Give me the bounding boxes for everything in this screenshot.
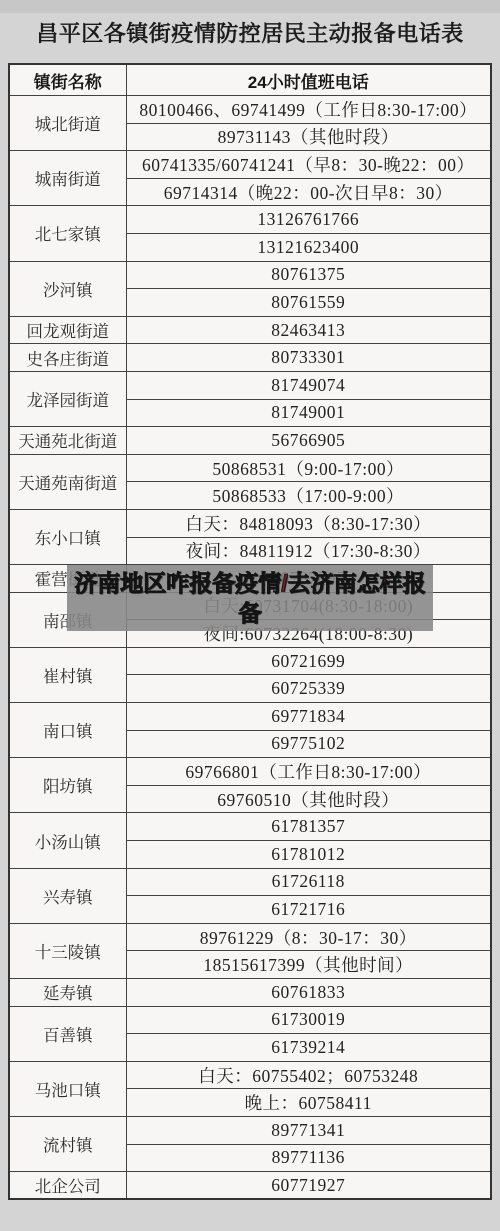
table-row: 北七家镇13126761766 [9, 206, 491, 234]
table-row: 马池口镇白天：60755402；60753248 [9, 1061, 491, 1089]
phone-number-cell: 82463413 [126, 316, 491, 344]
table-row: 阳坊镇69766801（工作日8:30-17:00） [9, 758, 491, 786]
town-name-cell: 天通苑北街道 [9, 427, 126, 455]
town-name-cell: 流村镇 [9, 1116, 126, 1171]
table-row: 延寿镇60761833 [9, 979, 491, 1007]
watermark-overlay-band: 济南地区咋报备疫情/去济南怎样报 备 [67, 565, 433, 631]
phone-number-cell: 89771136 [126, 1144, 491, 1172]
column-header-24h-phone: 24小时值班电话 [126, 64, 491, 96]
town-name-cell: 延寿镇 [9, 979, 126, 1007]
phone-number-cell: 60761833 [126, 979, 491, 1007]
town-name-cell: 十三陵镇 [9, 923, 126, 978]
phone-number-cell: 13126761766 [126, 206, 491, 234]
phone-report-table: 镇街名称 24小时值班电话 城北街道80100466、69741499（工作日8… [8, 63, 492, 1200]
phone-number-cell: 56766905 [126, 427, 491, 455]
phone-number-cell: 80100466、69741499（工作日8:30-17:00） [126, 96, 491, 124]
table-row: 城南街道60741335/60741241（早8：30-晚22：00） [9, 151, 491, 179]
town-name-cell: 阳坊镇 [9, 758, 126, 813]
table-row: 东小口镇白天：84818093（8:30-17:30） [9, 509, 491, 537]
phone-number-cell: 50868531（9:00-17:00） [126, 454, 491, 482]
phone-number-cell: 80761375 [126, 261, 491, 289]
town-name-cell: 史各庄街道 [9, 344, 126, 372]
phone-number-cell: 89731143（其他时段） [126, 123, 491, 151]
phone-number-cell: 89771341 [126, 1116, 491, 1144]
phone-number-cell: 61726118 [126, 868, 491, 896]
phone-number-cell: 61721716 [126, 896, 491, 924]
phone-number-cell: 60721699 [126, 647, 491, 675]
phone-number-cell: 89761229（8：30-17：30） [126, 923, 491, 951]
town-name-cell: 天通苑南街道 [9, 454, 126, 509]
phone-number-cell: 61781357 [126, 813, 491, 841]
table-row: 兴寿镇61726118 [9, 868, 491, 896]
phone-number-cell: 69766801（工作日8:30-17:00） [126, 758, 491, 786]
phone-number-cell: 69760510（其他时段） [126, 785, 491, 813]
column-header-town-name: 镇街名称 [9, 64, 126, 96]
town-name-cell: 东小口镇 [9, 509, 126, 564]
table-row: 崔村镇60721699 [9, 647, 491, 675]
table-row: 回龙观街道82463413 [9, 316, 491, 344]
phone-number-cell: 81749001 [126, 399, 491, 427]
phone-number-cell: 晚上：60758411 [126, 1089, 491, 1117]
phone-number-cell: 白天：84818093（8:30-17:30） [126, 509, 491, 537]
phone-number-cell: 13121623400 [126, 233, 491, 261]
page-top-strip [0, 0, 500, 13]
table-row: 沙河镇80761375 [9, 261, 491, 289]
phone-number-cell: 18515617399（其他时间） [126, 951, 491, 979]
town-name-cell: 城南街道 [9, 151, 126, 206]
town-name-cell: 兴寿镇 [9, 868, 126, 923]
table-row: 百善镇61730019 [9, 1006, 491, 1034]
table-header-row: 镇街名称 24小时值班电话 [9, 64, 491, 96]
town-name-cell: 马池口镇 [9, 1061, 126, 1116]
table-row: 十三陵镇89761229（8：30-17：30） [9, 923, 491, 951]
table-row: 小汤山镇61781357 [9, 813, 491, 841]
phone-number-cell: 50868533（17:00-9:00） [126, 482, 491, 510]
town-name-cell: 北企公司 [9, 1172, 126, 1200]
page-title: 昌平区各镇街疫情防控居民主动报备电话表 [0, 17, 500, 48]
phone-number-cell: 61739214 [126, 1034, 491, 1062]
town-name-cell: 小汤山镇 [9, 813, 126, 868]
phone-number-cell: 夜间：84811912（17:30-8:30） [126, 537, 491, 565]
watermark-overlay-text-line2: 备 [239, 598, 262, 628]
phone-number-cell: 69775102 [126, 730, 491, 758]
town-name-cell: 龙泽园街道 [9, 371, 126, 426]
table-row: 北企公司60771927 [9, 1172, 491, 1200]
table-row: 龙泽园街道81749074 [9, 371, 491, 399]
phone-number-cell: 60741335/60741241（早8：30-晚22：00） [126, 151, 491, 179]
town-name-cell: 北七家镇 [9, 206, 126, 261]
phone-number-cell: 69714314（晚22：00-次日早8：30） [126, 178, 491, 206]
phone-number-cell: 81749074 [126, 371, 491, 399]
phone-number-cell: 60771927 [126, 1172, 491, 1200]
town-name-cell: 城北街道 [9, 96, 126, 151]
town-name-cell: 百善镇 [9, 1006, 126, 1061]
phone-number-cell: 61730019 [126, 1006, 491, 1034]
table-row: 天通苑北街道56766905 [9, 427, 491, 455]
phone-number-cell: 80733301 [126, 344, 491, 372]
phone-number-cell: 80761559 [126, 289, 491, 317]
town-name-cell: 沙河镇 [9, 261, 126, 316]
table-row: 流村镇89771341 [9, 1116, 491, 1144]
table-row: 南口镇69771834 [9, 703, 491, 731]
table-row: 天通苑南街道50868531（9:00-17:00） [9, 454, 491, 482]
phone-number-cell: 69771834 [126, 703, 491, 731]
town-name-cell: 南口镇 [9, 703, 126, 758]
town-name-cell: 崔村镇 [9, 647, 126, 702]
phone-number-cell: 61781012 [126, 841, 491, 869]
table-row: 城北街道80100466、69741499（工作日8:30-17:00） [9, 96, 491, 124]
watermark-overlay-text-line1: 济南地区咋报备疫情/去济南怎样报 [74, 568, 425, 598]
report-table-body: 城北街道80100466、69741499（工作日8:30-17:00）8973… [9, 96, 491, 1200]
phone-number-cell: 60725339 [126, 675, 491, 703]
town-name-cell: 回龙观街道 [9, 316, 126, 344]
phone-number-cell: 白天：60755402；60753248 [126, 1061, 491, 1089]
table-row: 史各庄街道80733301 [9, 344, 491, 372]
